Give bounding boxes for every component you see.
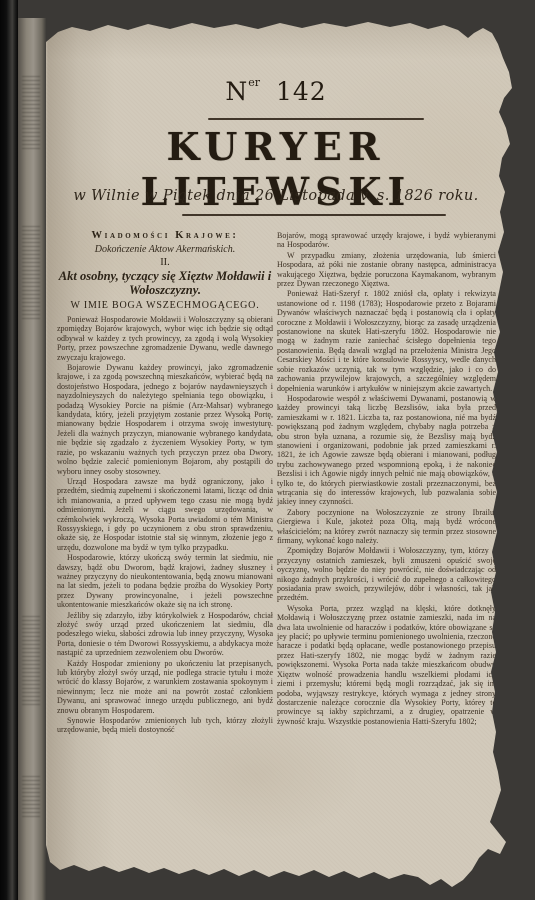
invocation-line: W IMIE BOGA WSZECHMOGĄCEGO. bbox=[57, 300, 273, 311]
article-numeral: II. bbox=[57, 257, 273, 268]
paragraph: Ponieważ Hati-Szeryf r. 1802 zniósł cła,… bbox=[277, 289, 496, 392]
masthead-rule-top bbox=[208, 118, 424, 120]
act-title: Akt osobny, tyczący się Xięztw Mołdawii … bbox=[57, 270, 273, 297]
paragraph: Zabory poczynione na Wołoszczyznie ze st… bbox=[277, 508, 496, 546]
issue-superscript: er bbox=[248, 76, 260, 89]
paragraph: Zpomiędzy Bojarów Mołdawii i Wołoszczyzn… bbox=[277, 546, 496, 602]
paragraph: Każdy Hospodar zmieniony po ukończeniu l… bbox=[57, 659, 273, 715]
paragraph: Hospodarowie, którzy ukończą swóy termin… bbox=[57, 553, 273, 609]
paragraph: Jeźliby się zdarzyło, iżby którykolwiek … bbox=[57, 611, 273, 658]
paragraph: Wysoka Porta, przez wzgląd na klęski, kt… bbox=[277, 604, 496, 726]
right-column: Bojarów, mogą sprawować urzędy krajowe, … bbox=[277, 231, 496, 727]
right-column-body: Bojarów, mogą sprawować urzędy krajowe, … bbox=[277, 231, 496, 726]
paragraph: Urząd Hospodara zawsze ma bydź ograniczo… bbox=[57, 477, 273, 552]
scanned-newspaper-photo: Ner142 KURYER LITEWSKI w Wilnie w Piątek… bbox=[0, 0, 535, 900]
text-fragment bbox=[22, 776, 40, 818]
paragraph: Bojarowie Dywanu każdey prowincyi, jako … bbox=[57, 363, 273, 476]
newspaper-page: Ner142 KURYER LITEWSKI w Wilnie w Piątek… bbox=[0, 0, 535, 900]
issue-prefix: N bbox=[225, 77, 248, 106]
section-heading: Wiadomości Krajowe: bbox=[57, 230, 273, 241]
paragraph: W przypadku zmiany, złożenia urzędowania… bbox=[277, 251, 496, 289]
issue-number: Ner142 bbox=[46, 76, 506, 106]
issue-value: 142 bbox=[276, 77, 327, 106]
left-column: Wiadomości Krajowe: Dokończenie Aktow Ak… bbox=[57, 230, 273, 736]
paragraph: Synowie Hospodarów zmienionych lub tych,… bbox=[57, 716, 273, 735]
paragraph: Bojarów, mogą sprawować urzędy krajowe, … bbox=[277, 231, 496, 250]
paragraph: Hospodarowie wespół z właściwemi Dywanam… bbox=[277, 394, 496, 507]
masthead-rule-bottom bbox=[182, 214, 446, 216]
left-column-body: Ponieważ Hospodarowie Mołdawii i Wołoszc… bbox=[57, 315, 273, 735]
book-spine bbox=[0, 0, 18, 900]
text-fragment bbox=[22, 76, 40, 150]
paragraph: Ponieważ Hospodarowie Mołdawii i Wołoszc… bbox=[57, 315, 273, 362]
dateline: w Wilnie w Piątek dnia 26 Listopada v. s… bbox=[46, 188, 506, 204]
adjacent-page-edge bbox=[18, 18, 46, 900]
text-fragment bbox=[22, 616, 40, 708]
text-fragment bbox=[22, 226, 40, 322]
continuation-note: Dokończenie Aktow Akermańskich. bbox=[57, 244, 273, 255]
